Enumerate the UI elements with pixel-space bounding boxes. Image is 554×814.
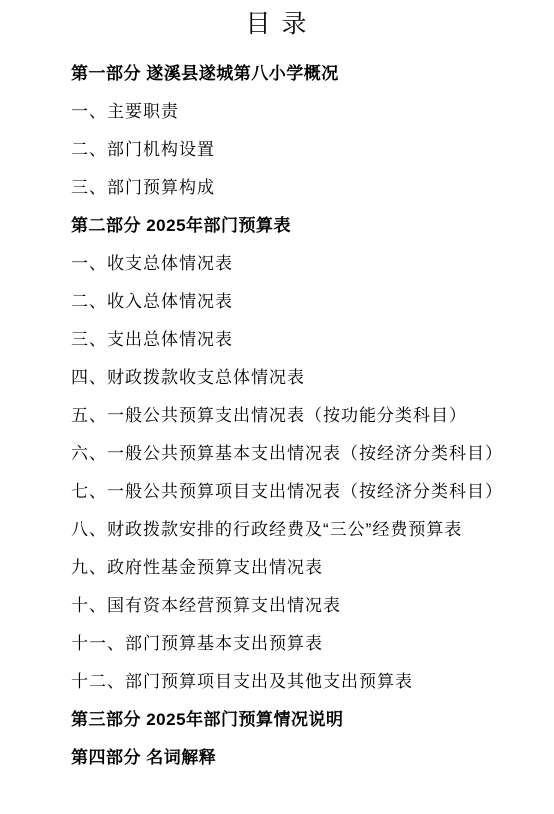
toc-entry: 二、部门机构设置 <box>71 128 534 166</box>
toc-entry: 十、国有资本经营预算支出情况表 <box>71 584 534 622</box>
toc-entry: 第二部分 2025年部门预算表 <box>71 204 534 242</box>
toc-entry: 一、收支总体情况表 <box>71 242 534 280</box>
toc-entry: 三、部门预算构成 <box>71 166 534 204</box>
toc-entry: 第一部分 遂溪县遂城第八小学概况 <box>71 52 534 90</box>
toc-entry: 十一、部门预算基本支出预算表 <box>71 622 534 660</box>
toc-entry: 第四部分 名词解释 <box>71 736 534 774</box>
toc-entry: 第三部分 2025年部门预算情况说明 <box>71 698 534 736</box>
toc-entry: 六、一般公共预算基本支出情况表（按经济分类科目） <box>71 432 534 470</box>
toc-entry: 三、支出总体情况表 <box>71 318 534 356</box>
toc-entry: 二、收入总体情况表 <box>71 280 534 318</box>
toc-entry: 四、财政拨款收支总体情况表 <box>71 356 534 394</box>
document-page: 目 录 第一部分 遂溪县遂城第八小学概况一、主要职责二、部门机构设置三、部门预算… <box>0 0 554 814</box>
toc-list: 第一部分 遂溪县遂城第八小学概况一、主要职责二、部门机构设置三、部门预算构成第二… <box>0 52 554 774</box>
toc-entry: 五、一般公共预算支出情况表（按功能分类科目） <box>71 394 534 432</box>
page-title: 目 录 <box>0 0 554 38</box>
toc-entry: 一、主要职责 <box>71 90 534 128</box>
toc-entry: 七、一般公共预算项目支出情况表（按经济分类科目） <box>71 470 534 508</box>
toc-entry: 十二、部门预算项目支出及其他支出预算表 <box>71 660 534 698</box>
toc-entry: 九、政府性基金预算支出情况表 <box>71 546 534 584</box>
toc-entry: 八、财政拨款安排的行政经费及“三公”经费预算表 <box>71 508 534 546</box>
